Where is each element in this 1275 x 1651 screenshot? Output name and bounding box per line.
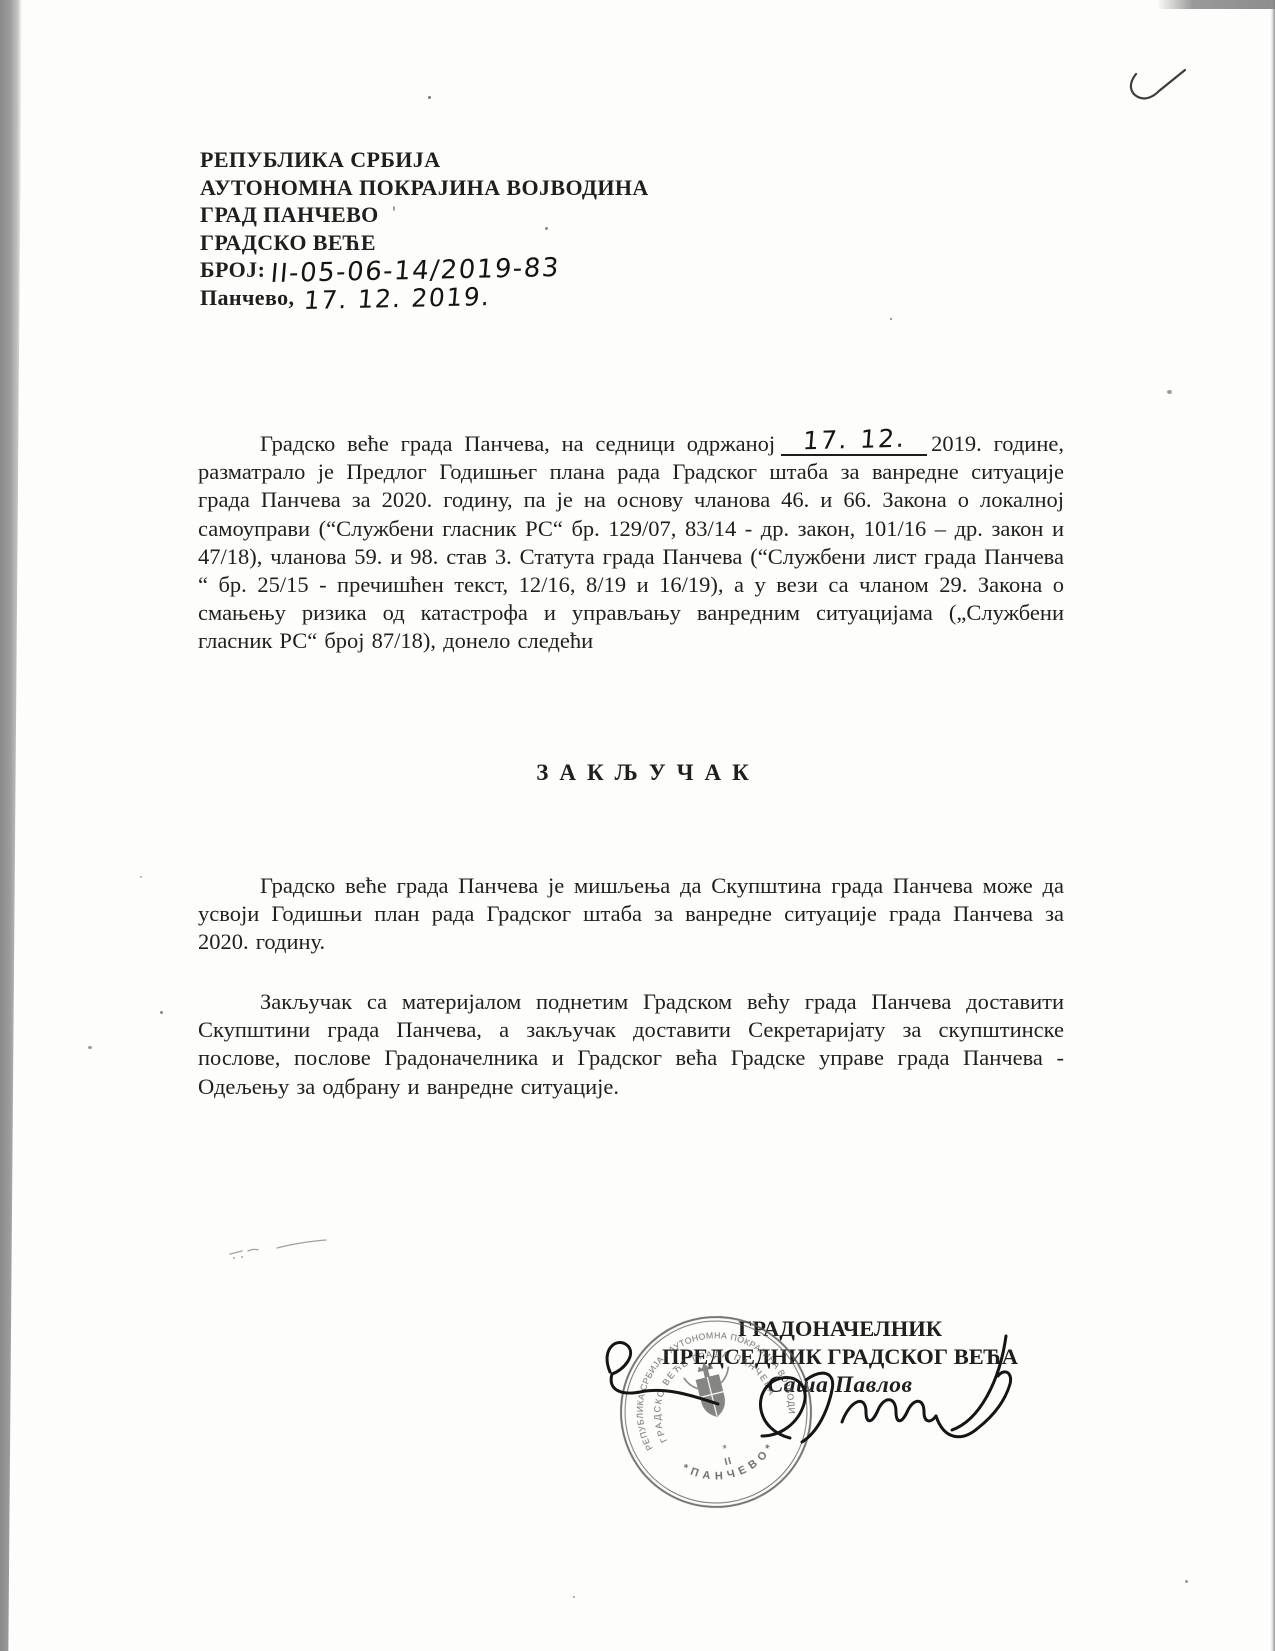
document-number-handwritten: II-05-06-14/2019-83: [270, 255, 561, 287]
place-date-line: Панчево,17. 12. 2019.: [200, 284, 649, 312]
intro-before-blank: Градско веће града Панчева, на седници о…: [260, 431, 775, 456]
letterhead-city: ГРАД ПАНЧЕВО: [200, 201, 649, 229]
intro-paragraph: Градско веће града Панчева, на седници о…: [198, 430, 1064, 656]
place-label: Панчево,: [200, 285, 294, 310]
intro-after-blank: 2019. године, разматрало је Предлог Годи…: [198, 431, 1064, 653]
pencil-marks: [222, 1232, 342, 1266]
session-date-handwritten: 17. 12.: [802, 426, 907, 454]
document-number-label: БРОЈ:: [200, 257, 265, 282]
session-date-blank-underline: 17. 12.: [781, 430, 927, 456]
scan-edge-top-right: [1157, 0, 1275, 9]
checkmark-annotation-icon: [1118, 58, 1198, 108]
handwritten-signature: [560, 1320, 1030, 1460]
letterhead-council: ГРАДСКО ВЕЋЕ: [200, 229, 649, 257]
document-title: ЗАКЉУЧАК: [198, 760, 1064, 786]
scan-edge-left: [0, 0, 22, 1651]
letterhead: РЕПУБЛИКА СРБИЈА АУТОНОМНА ПОКРАЈИНА ВОЈ…: [200, 146, 649, 312]
opinion-paragraph: Градско веће града Панчева је мишљења да…: [198, 872, 1064, 957]
scanned-document-page: РЕПУБЛИКА СРБИЈА АУТОНОМНА ПОКРАЈИНА ВОЈ…: [0, 0, 1275, 1651]
letterhead-province: АУТОНОМНА ПОКРАЈИНА ВОЈВОДИНА: [200, 174, 649, 202]
scan-edge-right: [1270, 0, 1275, 1651]
letterhead-republic: РЕПУБЛИКА СРБИЈА: [200, 146, 649, 174]
document-number-line: БРОЈ:II-05-06-14/2019-83: [200, 256, 649, 284]
distribution-paragraph: Закључак са материјалом поднетим Градско…: [198, 988, 1064, 1101]
date-handwritten: 17. 12. 2019.: [303, 284, 492, 313]
